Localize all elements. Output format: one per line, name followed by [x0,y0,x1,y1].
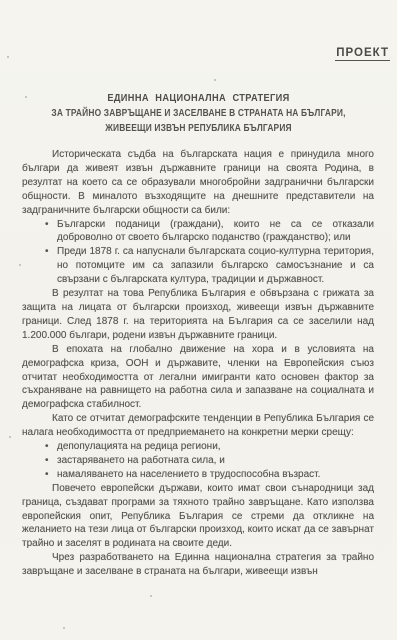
bullet-item: Български поданици (граждани), които не … [57,218,374,246]
bullet-list-measures: депопулацията на редица региони, застаря… [22,440,374,482]
paragraph-4: Като се отчитат демографските тенденции … [22,412,374,440]
bullet-item: депопулацията на редица региони, [57,440,374,454]
bullet-item: намаляването на населението в трудоспосо… [57,468,374,482]
draft-label: ПРОЕКТ [335,47,390,61]
title-line-2: ЗА ТРАЙНО ЗАВРЪЩАНЕ И ЗАСЕЛВАНЕ В СТРАНА… [32,106,365,121]
scan-speck [63,627,65,629]
bullet-item: застаряването на работната сила, и [57,454,374,468]
scan-speck [150,595,152,597]
scan-speck [230,152,232,154]
paragraph-5: Повечето европейски държави, които имат … [22,482,374,552]
bullet-item: Преди 1878 г. са напуснали българската с… [57,245,374,287]
paragraph-6: Чрез разработването на Единна национална… [22,551,374,579]
bullet-list-origins: Български поданици (граждани), които не … [22,218,374,288]
scan-speck [19,264,21,266]
document-body: Историческата съдба на българската нация… [22,148,374,579]
title-line-3: ЖИВЕЕЩИ ИЗВЪН РЕПУБЛИКА БЪЛГАРИЯ [32,121,365,136]
scan-speck [9,436,11,438]
paragraph-2: В резултат на това Република България е … [22,287,374,343]
scan-speck [7,56,9,58]
paragraph-3: В епохата на глобално движение на хора и… [22,343,374,413]
scan-speck [214,79,216,81]
document-title: ЕДИННА НАЦИОНАЛНА СТРАТЕГИЯ ЗА ТРАЙНО ЗА… [0,91,397,136]
paragraph-1: Историческата съдба на българската нация… [22,148,374,218]
title-line-1: ЕДИННА НАЦИОНАЛНА СТРАТЕГИЯ [24,91,373,106]
scan-speck [25,96,27,98]
scanned-document-page: ПРОЕКТ ЕДИННА НАЦИОНАЛНА СТРАТЕГИЯ ЗА ТР… [0,0,397,640]
